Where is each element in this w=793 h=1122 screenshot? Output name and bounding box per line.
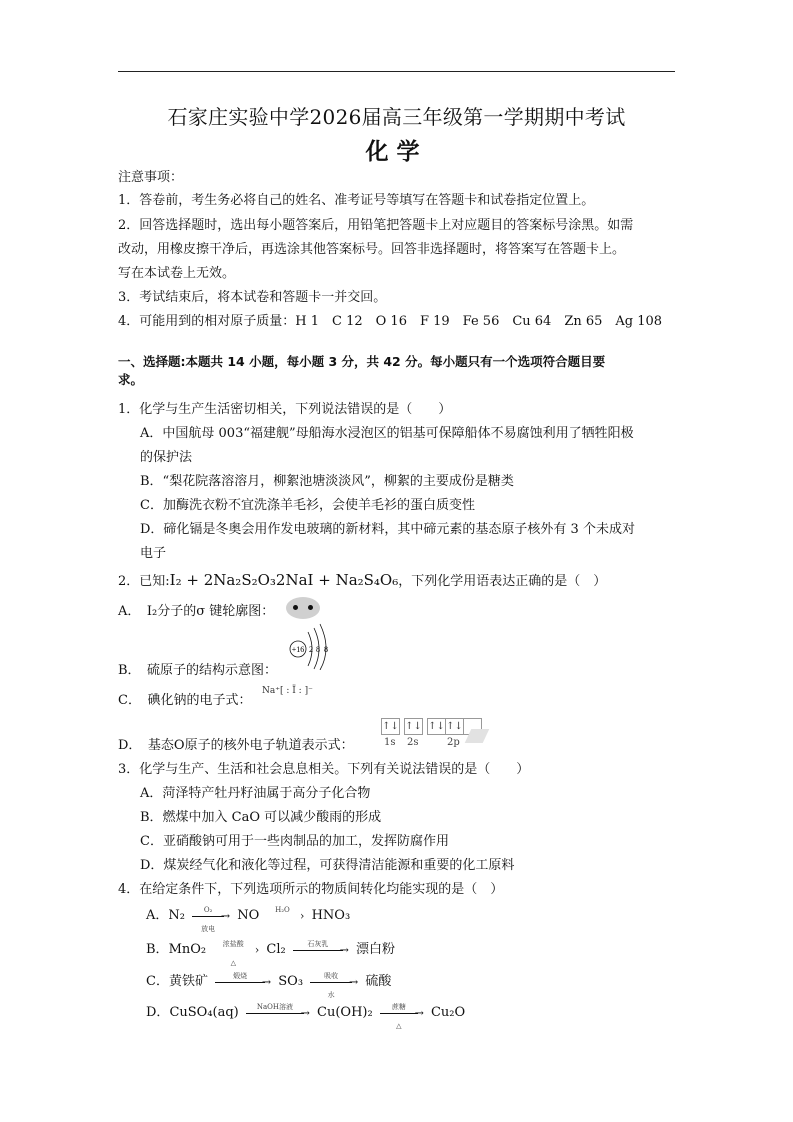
q2-suffix: ，下列化学用语表达正确的是（ ） bbox=[398, 574, 606, 589]
svg-text:+16: +16 bbox=[292, 645, 305, 654]
reaction-arrow: O₂→放电 bbox=[192, 909, 230, 923]
q1-option-a: A．中国航母 003“福建舰”母船海水浸泡区的铝基可保障船体不易腐蚀利用了牺牲阳… bbox=[140, 425, 634, 443]
orbital-box-2s: ↑↓ bbox=[404, 718, 423, 735]
reaction-arrow: 蔗糖→△ bbox=[380, 1006, 424, 1020]
q4-option-c: C．黄铁矿 煅烧→ SO₃ 吸收→水 硫酸 bbox=[146, 972, 391, 992]
svg-text:2: 2 bbox=[309, 645, 313, 654]
reaction-arrow: 石灰乳→ bbox=[293, 943, 349, 957]
notice-item-2: 2．回答选择题时，选出每小题答案后，用铅笔把答题卡上对应题目的答案标号涂黑。如需 bbox=[118, 217, 633, 235]
notice-item-4: 4．可能用到的相对原子质量：H 1 C 12 O 16 F 19 Fe 56 C… bbox=[118, 313, 662, 331]
section-heading: 一、选择题:本题共 14 小题，每小题 3 分，共 42 分。每小题只有一个选项… bbox=[118, 353, 605, 371]
q3-option-a: A．菏泽特产牡丹籽油属于高分子化合物 bbox=[140, 785, 370, 803]
q1-option-b: B．“梨花院落溶溶月，柳絮池塘淡淡风”，柳絮的主要成份是糖类 bbox=[140, 473, 514, 491]
q2-option-c: C． 碘化钠的电子式： bbox=[118, 692, 251, 710]
orbital-box-1s: ↑↓ bbox=[381, 718, 400, 735]
nucleus-dot bbox=[293, 605, 298, 610]
q3-option-d: D．煤炭经气化和液化等过程，可获得清洁能源和重要的化工原料 bbox=[140, 857, 514, 875]
orbital-box-2p: ↑↓ bbox=[427, 718, 446, 735]
nucleus-dot bbox=[308, 605, 313, 610]
q3-stem: 3．化学与生产、生活和社会息息相关。下列有关说法错误的是（ ） bbox=[118, 761, 529, 779]
svg-text:8: 8 bbox=[324, 645, 328, 654]
q2-prefix: 2．已知: bbox=[118, 574, 170, 589]
q4-option-a: A．N₂ O₂→放电 NO H₂O› HNO₃ bbox=[146, 906, 350, 926]
q1-option-d: D．碲化镉是冬奥会用作发电玻璃的新材料，其中碲元素的基态原子核外有 3 个未成对 bbox=[140, 521, 635, 539]
notice-item-2-cont2: 写在本试卷上无效。 bbox=[118, 265, 235, 283]
q3-option-b: B．燃煤中加入 CaO 可以减少酸雨的形成 bbox=[140, 809, 381, 827]
notice-item-3: 3．考试结束后，将本试卷和答题卡一并交回。 bbox=[118, 289, 386, 307]
reaction-arrow: H₂O› bbox=[266, 909, 304, 923]
orbital-box-2p: ↑↓ bbox=[445, 718, 464, 735]
orbital-label-2s: 2s bbox=[407, 737, 419, 748]
sulfur-atom-diagram: +16 2 8 8 bbox=[288, 622, 338, 670]
q1-option-a-cont: 的保护法 bbox=[140, 449, 192, 467]
q3-option-c: C．亚硝酸钠可用于一些肉制品的加工，发挥防腐作用 bbox=[140, 833, 449, 851]
notice-item-2-cont: 改动，用橡皮擦干净后，再选涂其他答案标号。回答非选择题时，将答案写在答题卡上。 bbox=[118, 241, 625, 259]
exam-title: 石家庄实验中学2026届高三年级第一学期期中考试 bbox=[0, 101, 793, 130]
q2-option-b: B． 硫原子的结构示意图： bbox=[118, 662, 277, 680]
reaction-arrow: 吸收→水 bbox=[310, 975, 358, 989]
q2-stem: 2．已知:I₂ + 2Na₂S₂O₃2NaI + Na₂S₄O₆，下列化学用语表… bbox=[118, 571, 606, 591]
orbital-label-2p: 2p bbox=[447, 737, 460, 748]
q1-stem: 1．化学与生产生活密切相关，下列说法错误的是（ ） bbox=[118, 401, 451, 419]
nai-electron-formula: Na⁺[ : Ï : ]⁻ bbox=[262, 686, 313, 696]
subject-title: 化学 bbox=[0, 133, 793, 166]
q4-stem: 4．在给定条件下，下列选项所示的物质间转化均能实现的是（ ） bbox=[118, 881, 503, 899]
q4-option-b: B．MnO₂ 浓盐酸›△ Cl₂ 石灰乳→ 漂白粉 bbox=[146, 940, 395, 960]
reaction-arrow: NaOH溶液→ bbox=[246, 1006, 310, 1020]
reaction-arrow: 浓盐酸›△ bbox=[213, 943, 259, 957]
svg-text:8: 8 bbox=[316, 645, 320, 654]
q1-option-d-cont: 电子 bbox=[140, 545, 166, 563]
notice-item-1: 1．答卷前，考生务必将自己的姓名、准考证号等填写在答题卡和试卷指定位置上。 bbox=[118, 192, 594, 210]
notice-heading: 注意事项： bbox=[118, 169, 183, 187]
q1-option-c: C．加酶洗衣粉不宜洗涤羊毛衫，会使羊毛衫的蛋白质变性 bbox=[140, 497, 475, 515]
reaction-arrow: 煅烧→ bbox=[215, 975, 271, 989]
q4-option-d: D．CuSO₄(aq) NaOH溶液→ Cu(OH)₂ 蔗糖→△ Cu₂O bbox=[146, 1003, 465, 1023]
q2-option-d: D． 基态O原子的核外电子轨道表示式： bbox=[118, 737, 354, 755]
q2-equation: I₂ + 2Na₂S₂O₃2NaI + Na₂S₄O₆ bbox=[170, 571, 399, 589]
q2-option-a: A． I₂分子的σ 键轮廓图： bbox=[118, 603, 274, 621]
exam-page: 石家庄实验中学2026届高三年级第一学期期中考试 化学 注意事项： 1．答卷前，… bbox=[0, 0, 793, 1122]
sigma-bond-diagram bbox=[286, 597, 320, 619]
section-heading-cont: 求。 bbox=[118, 371, 143, 389]
orbital-label-1s: 1s bbox=[384, 737, 396, 748]
top-rule bbox=[118, 71, 675, 72]
